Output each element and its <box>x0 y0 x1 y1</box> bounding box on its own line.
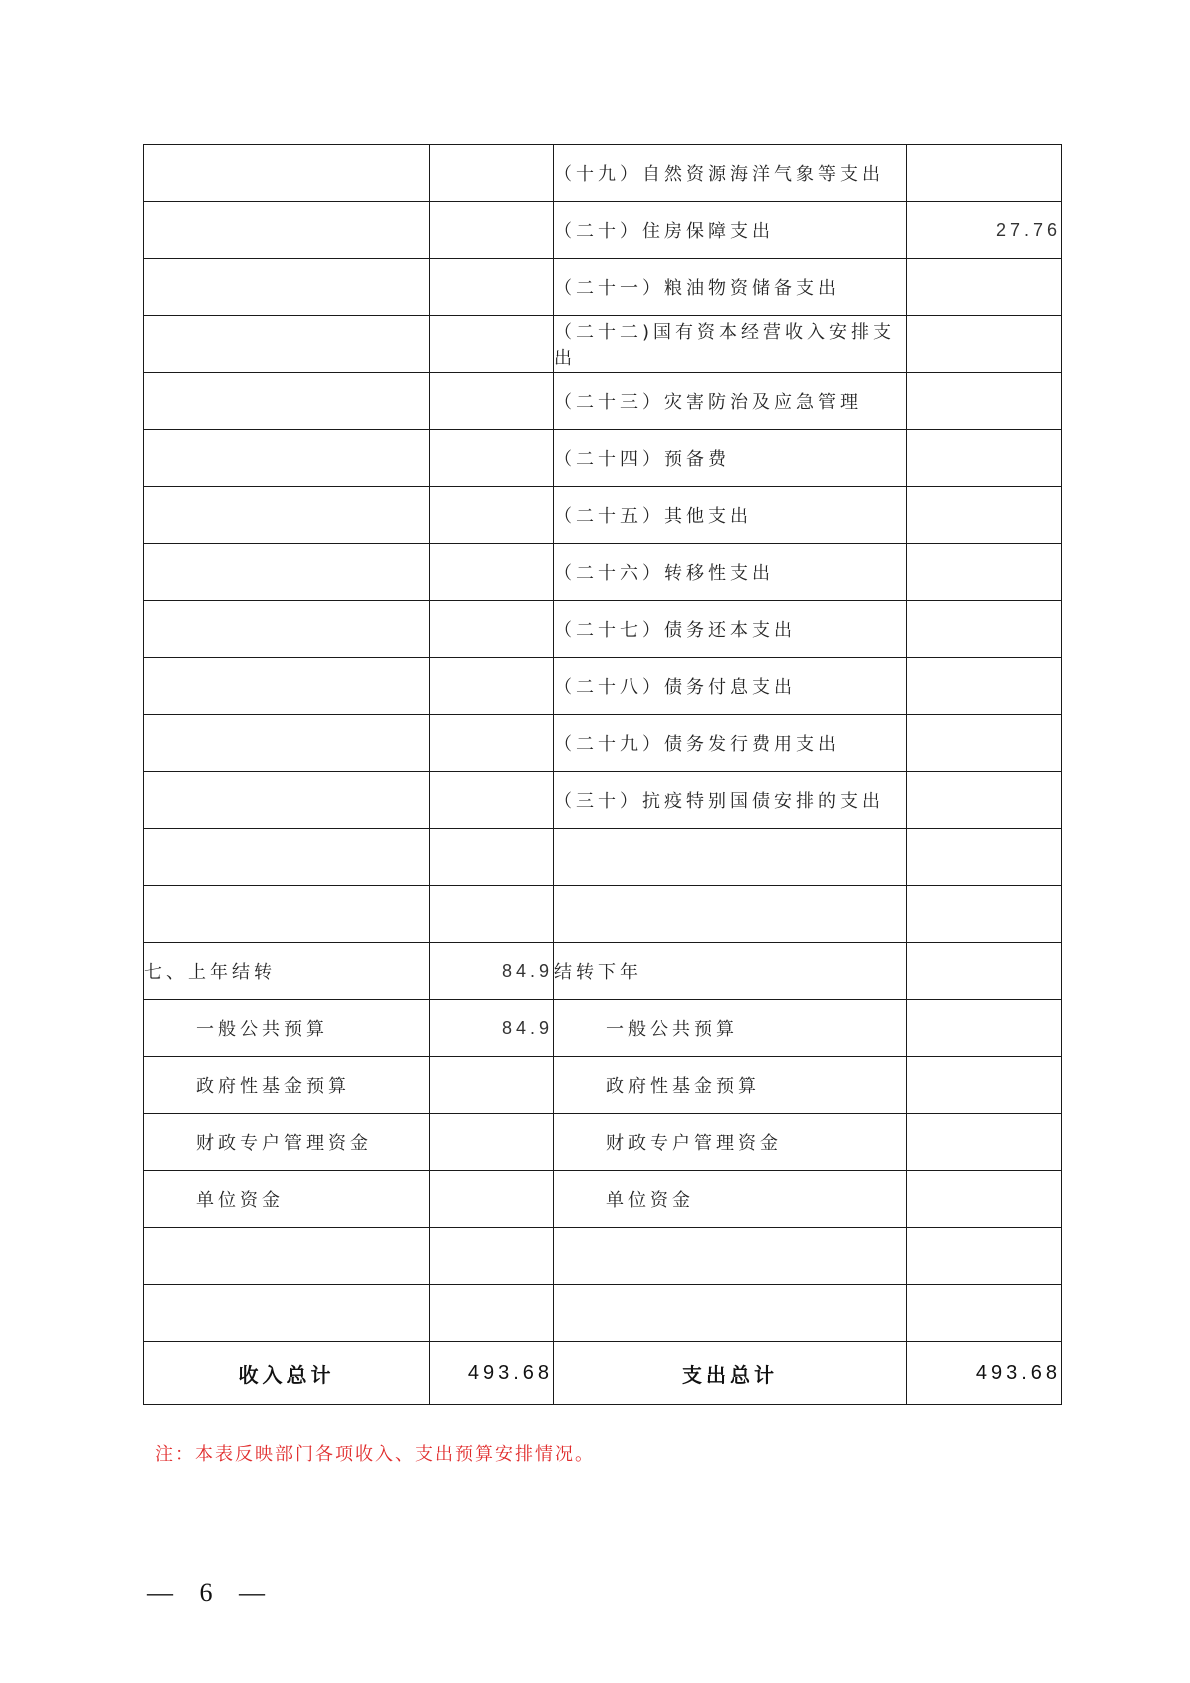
expense-label: （二十）住房保障支出 <box>554 202 907 259</box>
expense-value <box>907 1285 1062 1342</box>
expense-label <box>554 1228 907 1285</box>
table-row: （二十一）粮油物资储备支出 <box>144 259 1062 316</box>
income-value <box>430 316 554 373</box>
expense-label: 财政专户管理资金 <box>554 1114 907 1171</box>
table-row <box>144 829 1062 886</box>
income-label <box>144 829 430 886</box>
income-value <box>430 430 554 487</box>
income-label <box>144 487 430 544</box>
expense-value <box>907 1057 1062 1114</box>
expense-label: （三十）抗疫特别国债安排的支出 <box>554 772 907 829</box>
income-value <box>430 1114 554 1171</box>
expense-label: （二十一）粮油物资储备支出 <box>554 259 907 316</box>
expense-total-value: 493.68 <box>907 1342 1062 1405</box>
budget-table: （十九）自然资源海洋气象等支出（二十）住房保障支出27.76（二十一）粮油物资储… <box>143 144 1062 1405</box>
expense-value <box>907 1000 1062 1057</box>
income-value <box>430 658 554 715</box>
expense-label <box>554 886 907 943</box>
income-value <box>430 1285 554 1342</box>
income-label <box>144 202 430 259</box>
expense-label: 政府性基金预算 <box>554 1057 907 1114</box>
table-row: （十九）自然资源海洋气象等支出 <box>144 145 1062 202</box>
expense-value <box>907 715 1062 772</box>
expense-label: （二十六）转移性支出 <box>554 544 907 601</box>
table-row: 一般公共预算84.9一般公共预算 <box>144 1000 1062 1057</box>
expense-value <box>907 1171 1062 1228</box>
table-row <box>144 1285 1062 1342</box>
expense-value <box>907 259 1062 316</box>
table-row: （二十）住房保障支出27.76 <box>144 202 1062 259</box>
expense-label: （二十二)国有资本经营收入安排支出 <box>554 316 907 373</box>
expense-value <box>907 943 1062 1000</box>
income-total-label: 收入总计 <box>144 1342 430 1405</box>
income-label: 财政专户管理资金 <box>144 1114 430 1171</box>
income-label <box>144 259 430 316</box>
table-row: 财政专户管理资金财政专户管理资金 <box>144 1114 1062 1171</box>
income-label: 政府性基金预算 <box>144 1057 430 1114</box>
total-row: 收入总计 493.68 支出总计 493.68 <box>144 1342 1062 1405</box>
income-label <box>144 658 430 715</box>
income-value <box>430 373 554 430</box>
expense-label: （二十四）预备费 <box>554 430 907 487</box>
income-label: 一般公共预算 <box>144 1000 430 1057</box>
income-value: 84.9 <box>430 943 554 1000</box>
income-value <box>430 1228 554 1285</box>
expense-label: （十九）自然资源海洋气象等支出 <box>554 145 907 202</box>
income-label <box>144 772 430 829</box>
income-value <box>430 145 554 202</box>
income-label: 七、上年结转 <box>144 943 430 1000</box>
income-value <box>430 259 554 316</box>
table-row: （三十）抗疫特别国债安排的支出 <box>144 772 1062 829</box>
table-row: （二十二)国有资本经营收入安排支出 <box>144 316 1062 373</box>
income-value: 84.9 <box>430 1000 554 1057</box>
income-value <box>430 1171 554 1228</box>
budget-table-body: （十九）自然资源海洋气象等支出（二十）住房保障支出27.76（二十一）粮油物资储… <box>144 145 1062 1342</box>
expense-value <box>907 772 1062 829</box>
table-row: （二十六）转移性支出 <box>144 544 1062 601</box>
expense-label: （二十九）债务发行费用支出 <box>554 715 907 772</box>
table-row: （二十四）预备费 <box>144 430 1062 487</box>
income-label <box>144 145 430 202</box>
income-value <box>430 1057 554 1114</box>
table-row: （二十七）债务还本支出 <box>144 601 1062 658</box>
expense-value <box>907 886 1062 943</box>
expense-label: （二十三）灾害防治及应急管理 <box>554 373 907 430</box>
income-value <box>430 544 554 601</box>
page-number: — 6 — <box>147 1578 275 1608</box>
expense-label: （二十五）其他支出 <box>554 487 907 544</box>
income-value <box>430 829 554 886</box>
expense-label: 一般公共预算 <box>554 1000 907 1057</box>
expense-value <box>907 544 1062 601</box>
expense-value <box>907 145 1062 202</box>
table-row: （二十三）灾害防治及应急管理 <box>144 373 1062 430</box>
income-label <box>144 430 430 487</box>
expense-value <box>907 487 1062 544</box>
table-row: 单位资金单位资金 <box>144 1171 1062 1228</box>
expense-value <box>907 373 1062 430</box>
expense-label: 结转下年 <box>554 943 907 1000</box>
table-row <box>144 886 1062 943</box>
expense-value <box>907 1228 1062 1285</box>
expense-label <box>554 1285 907 1342</box>
expense-value <box>907 658 1062 715</box>
income-value <box>430 202 554 259</box>
income-value <box>430 487 554 544</box>
expense-value <box>907 1114 1062 1171</box>
table-row: （二十八）债务付息支出 <box>144 658 1062 715</box>
table-row: 政府性基金预算政府性基金预算 <box>144 1057 1062 1114</box>
income-label <box>144 715 430 772</box>
income-label: 单位资金 <box>144 1171 430 1228</box>
expense-value: 27.76 <box>907 202 1062 259</box>
expense-value <box>907 430 1062 487</box>
expense-label: （二十八）债务付息支出 <box>554 658 907 715</box>
income-label <box>144 601 430 658</box>
expense-total-label: 支出总计 <box>554 1342 907 1405</box>
table-row: （二十五）其他支出 <box>144 487 1062 544</box>
expense-value <box>907 316 1062 373</box>
income-label <box>144 1285 430 1342</box>
income-total-value: 493.68 <box>430 1342 554 1405</box>
income-value <box>430 601 554 658</box>
income-label <box>144 1228 430 1285</box>
income-value <box>430 715 554 772</box>
income-label <box>144 316 430 373</box>
income-label <box>144 373 430 430</box>
table-row: 七、上年结转84.9结转下年 <box>144 943 1062 1000</box>
expense-label: 单位资金 <box>554 1171 907 1228</box>
income-value <box>430 772 554 829</box>
income-label <box>144 886 430 943</box>
table-note: 注：本表反映部门各项收入、支出预算安排情况。 <box>155 1440 595 1466</box>
table-row <box>144 1228 1062 1285</box>
expense-value <box>907 601 1062 658</box>
table-row: （二十九）债务发行费用支出 <box>144 715 1062 772</box>
income-label <box>144 544 430 601</box>
expense-label: （二十七）债务还本支出 <box>554 601 907 658</box>
income-value <box>430 886 554 943</box>
expense-value <box>907 829 1062 886</box>
expense-label <box>554 829 907 886</box>
